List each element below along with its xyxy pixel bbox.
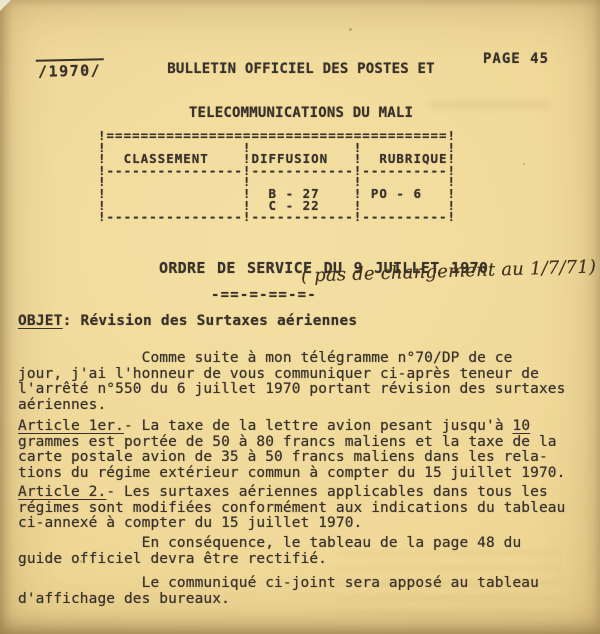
scanned-document-page: BULLETIN OFFICIEL DES POSTES ET TELECOMM… — [0, 0, 600, 634]
paper-speck — [523, 163, 525, 165]
bleedthrough-smudge — [430, 100, 550, 110]
objet-line: OBJET: Révision des Surtaxes aériennes — [18, 313, 357, 329]
article-1-lead: - La taxe de la lettre avion pesant jusq… — [124, 418, 513, 434]
article-2-label: Article 2. — [18, 484, 106, 500]
article-1-rest: grammes est portée de 50 à 80 francs mal… — [18, 434, 565, 481]
order-title-underline: -==-=-==-=- — [211, 287, 317, 303]
objet-text: : Révision des Surtaxes aériennes — [63, 313, 358, 329]
bulletin-title-line1: BULLETIN OFFICIEL DES POSTES ET — [140, 62, 462, 77]
bulletin-title-line2: TELECOMMUNICATIONS DU MALI — [140, 106, 462, 121]
paper-speck — [349, 28, 352, 31]
article-1-paragraph: Article 1er.- La taxe de la lettre avion… — [18, 419, 565, 481]
year-stamp: /1970/ — [36, 58, 105, 80]
article-1-label: Article 1er. — [18, 418, 124, 434]
photo-corner-artifact — [0, 0, 11, 11]
article-1-underlined-number: 10 — [512, 418, 530, 434]
intro-paragraph: Comme suite à mon télégramme n°70/DP de … — [18, 351, 565, 413]
bleedthrough-smudge — [336, 548, 561, 614]
objet-label: OBJET — [18, 313, 63, 329]
page-number: PAGE 45 — [483, 51, 549, 67]
paper-speck — [80, 560, 82, 563]
classification-table: !=======================================… — [98, 130, 456, 223]
article-2-paragraph: Article 2.- Les surtaxes aériennes appli… — [18, 485, 565, 532]
